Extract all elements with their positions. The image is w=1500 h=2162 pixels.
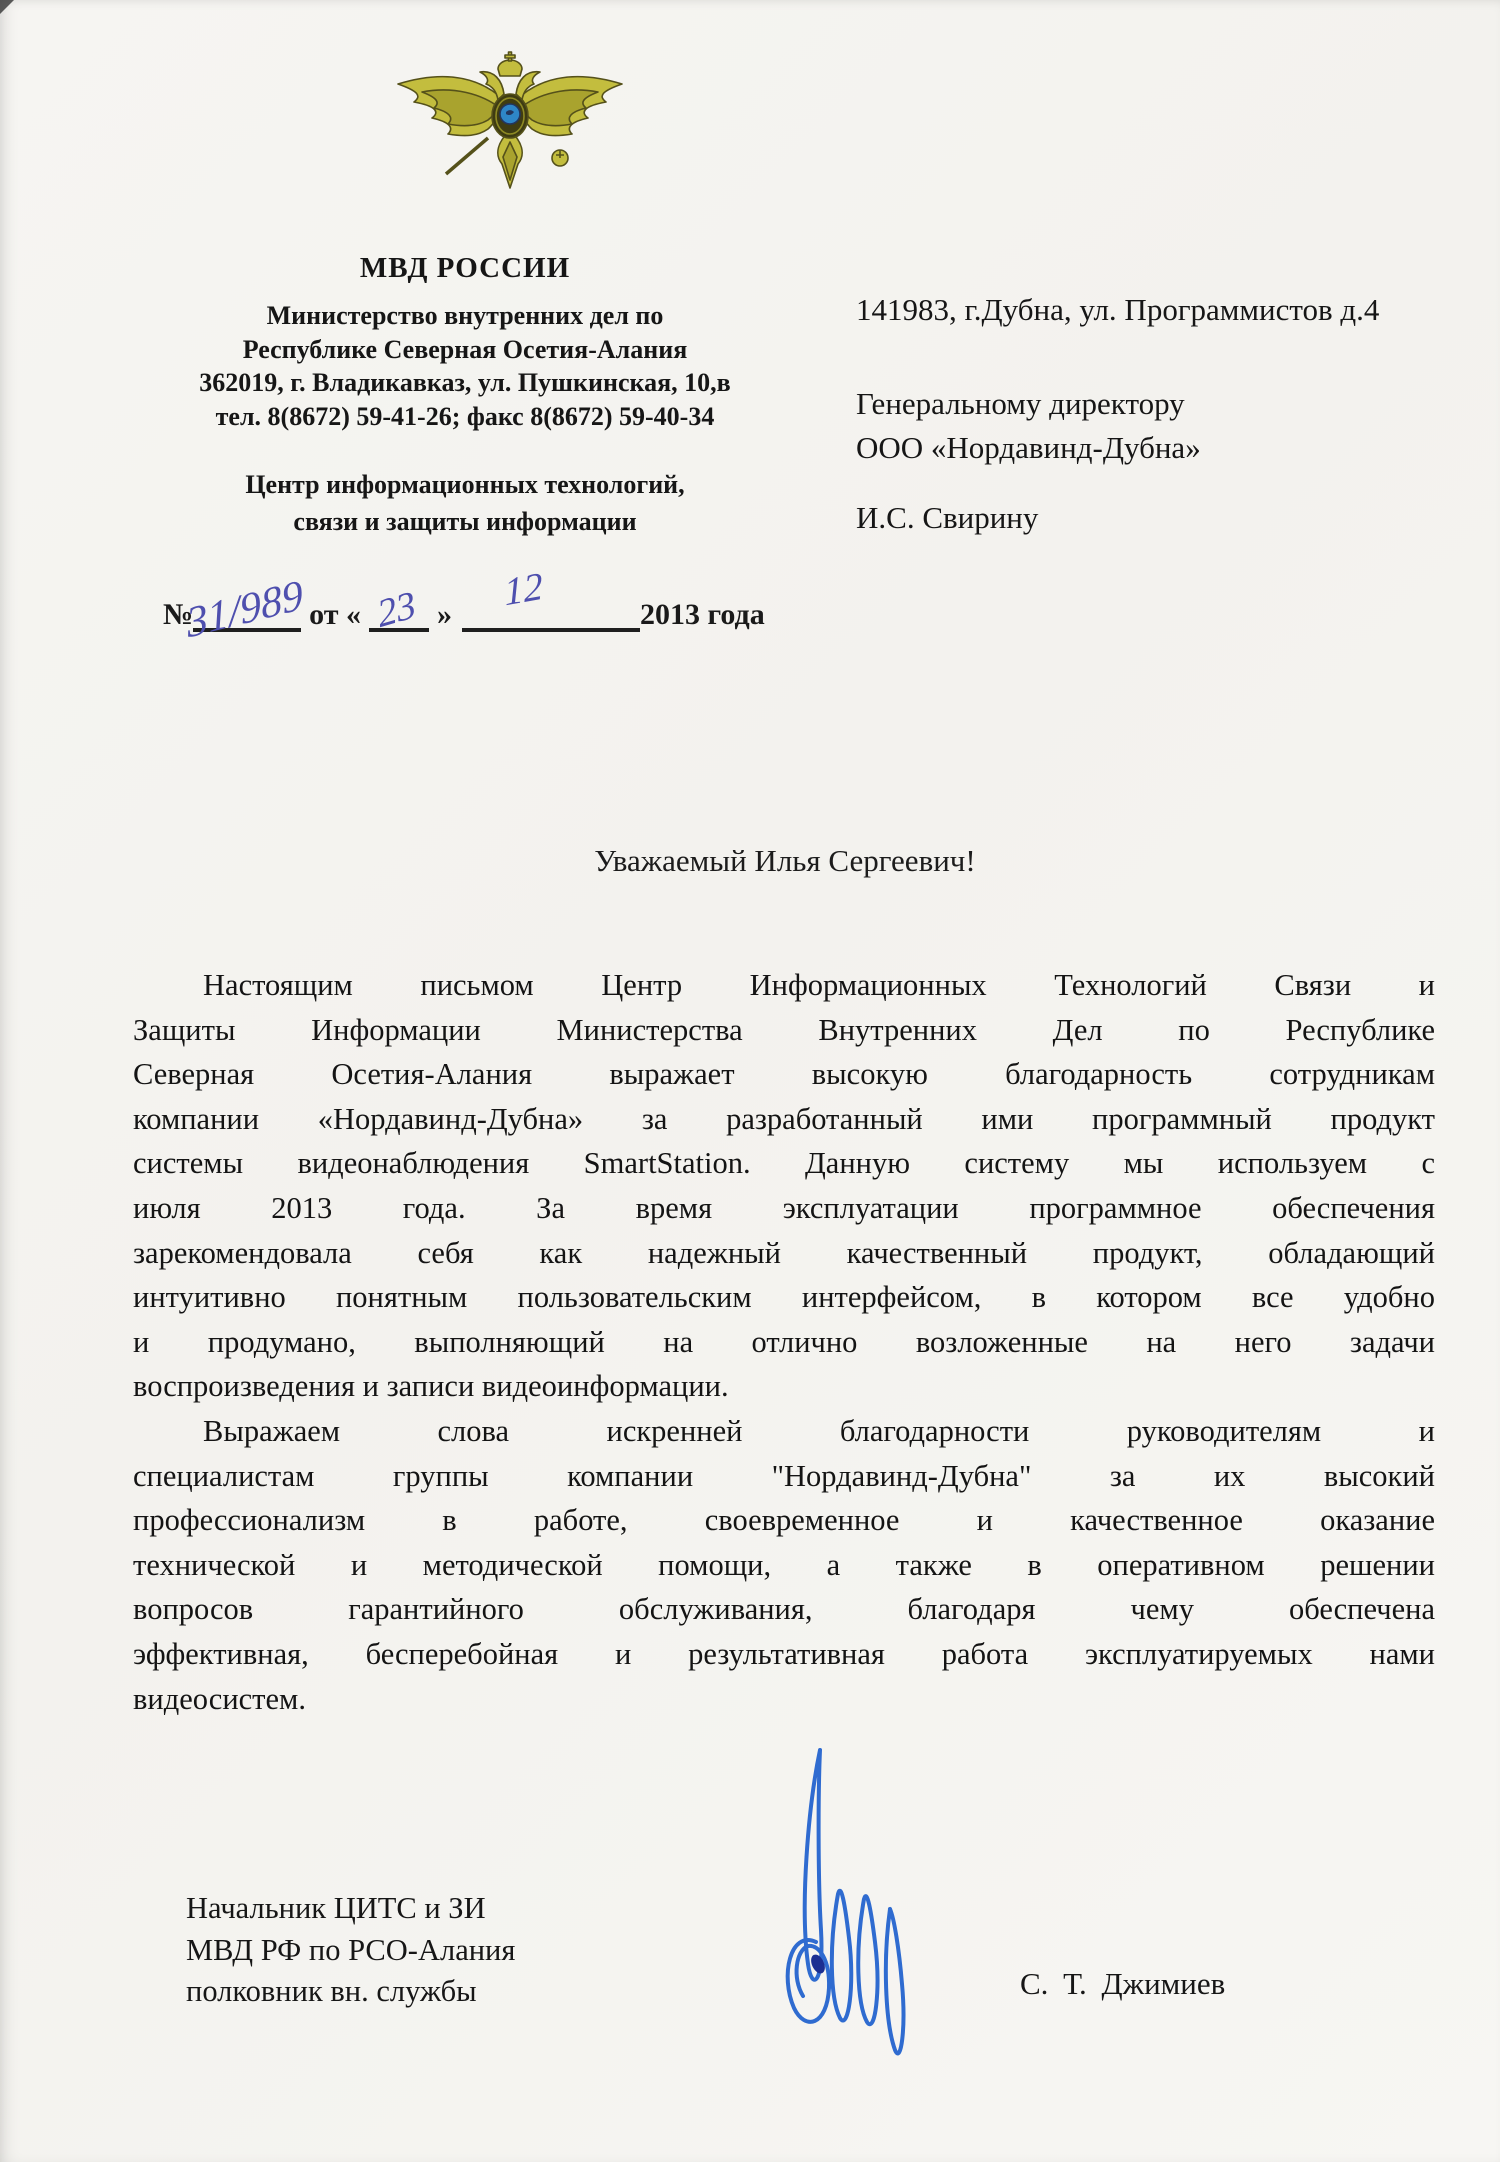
handwritten-ref-number: 31/989 <box>184 570 305 648</box>
body-line: Настоящим письмом Центр Информационных Т… <box>133 963 1435 1008</box>
department-line-2: связи и защиты информации <box>134 503 796 540</box>
ref-month-blank: 12 <box>462 624 640 632</box>
body-line: и продумано, выполняющий на отлично возл… <box>133 1320 1435 1365</box>
body-line: Выражаем слова искренней благодарности р… <box>133 1409 1435 1454</box>
body-line: июля 2013 года. За время эксплуатации пр… <box>133 1186 1435 1231</box>
body-line: Защиты Информации Министерства Внутренни… <box>133 1008 1435 1053</box>
body-line: системы видеонаблюдения SmartStation. Да… <box>133 1141 1435 1186</box>
ref-number-blank: 31/989 <box>193 624 301 632</box>
addressee-company: ООО «Нордавинд-Дубна» <box>856 426 1379 470</box>
letter-page: МВД РОССИИ Министерство внутренних дел п… <box>0 0 1500 2162</box>
letter-body: Настоящим письмом Центр Информационных Т… <box>133 963 1435 1721</box>
ref-year-label: 2013 года <box>640 598 765 631</box>
addressee-address: 141983, г.Дубна, ул. Программистов д.4 <box>856 290 1379 330</box>
handwritten-day: 23 <box>374 582 419 637</box>
addressee-name: И.С. Свирину <box>856 498 1379 538</box>
body-line: вопросов гарантийного обслуживания, благ… <box>133 1587 1435 1632</box>
body-line: зарекомендовала себя как надежный качест… <box>133 1231 1435 1276</box>
salutation: Уважаемый Илья Сергеевич! <box>135 843 1435 879</box>
org-line-ministry: Министерство внутренних дел по <box>134 299 796 333</box>
signature-scribble <box>772 1732 936 2092</box>
signing-position-line-3: полковник вн. службы <box>186 1971 515 2013</box>
handwritten-month: 12 <box>503 564 545 616</box>
org-line-address: 362019, г. Владикавказ, ул. Пушкинская, … <box>134 366 796 400</box>
org-line-phone-fax: тел. 8(8672) 59-41-26; факс 8(8672) 59-4… <box>134 400 796 434</box>
body-line: Северная Осетия-Алания выражает высокую … <box>133 1052 1435 1097</box>
body-line: воспроизведения и записи видеоинформации… <box>133 1364 1435 1409</box>
body-line: компании «Нордавинд-Дубна» за разработан… <box>133 1097 1435 1142</box>
signer-name: С. Т. Джимиев <box>1020 1966 1225 2002</box>
body-line: технической и методической помощи, а так… <box>133 1543 1435 1588</box>
org-line-republic: Республике Северная Осетия-Алания <box>134 333 796 367</box>
ref-line: №31/989от «23»122013 года <box>163 598 765 632</box>
department-line-1: Центр информационных технологий, <box>134 466 796 503</box>
department-block: Центр информационных технологий, связи и… <box>134 466 796 540</box>
scan-corner-artifact <box>0 0 14 14</box>
signing-position-line-1: Начальник ЦИТС и ЗИ <box>186 1888 515 1930</box>
ref-day-blank: 23 <box>369 624 429 632</box>
org-header-block: МВД РОССИИ Министерство внутренних дел п… <box>134 252 796 540</box>
addressee-position: Генеральному директору <box>856 382 1379 426</box>
ref-close-quote: » <box>437 598 452 631</box>
body-line: видеосистем. <box>133 1677 1435 1722</box>
signing-position-line-2: МВД РФ по РСО-Алания <box>186 1930 515 1972</box>
body-paragraph-2: Выражаем слова искренней благодарности р… <box>133 1409 1435 1721</box>
body-line: интуитивно понятным пользовательским инт… <box>133 1275 1435 1320</box>
body-paragraph-1: Настоящим письмом Центр Информационных Т… <box>133 963 1435 1409</box>
signing-position-block: Начальник ЦИТС и ЗИ МВД РФ по РСО-Алания… <box>186 1888 515 2013</box>
org-title: МВД РОССИИ <box>134 252 796 285</box>
addressee-block: 141983, г.Дубна, ул. Программистов д.4 Г… <box>856 290 1379 538</box>
mvd-eagle-emblem <box>388 42 632 192</box>
body-line: профессионализм в работе, своевременное … <box>133 1498 1435 1543</box>
body-line: специалистам группы компании "Нордавинд-… <box>133 1454 1435 1499</box>
body-line: эффективная, бесперебойная и результатив… <box>133 1632 1435 1677</box>
ref-ot-label: от « <box>309 598 361 631</box>
